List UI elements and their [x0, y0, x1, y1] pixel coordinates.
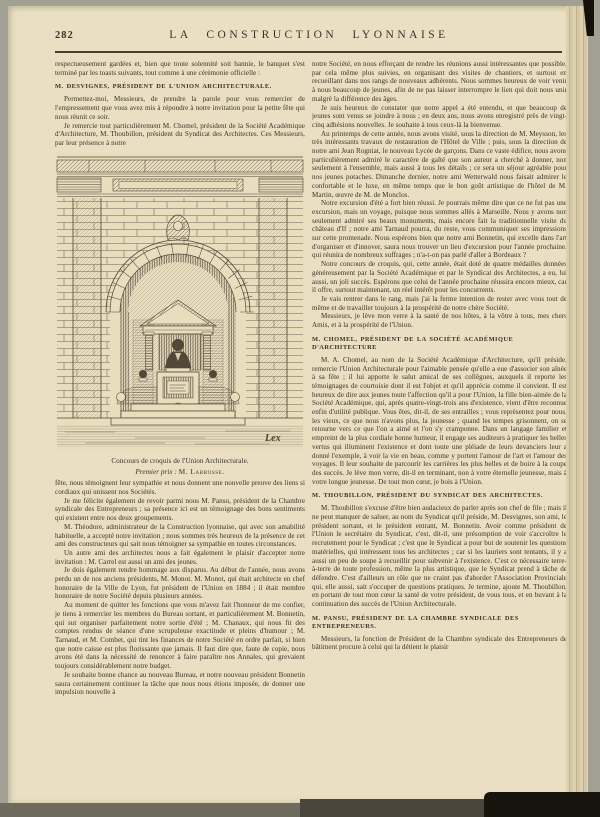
speech-heading-pansu: M. PANSU, PRÉSIDENT DE LA CHAMBRE SYNDIC… [312, 615, 567, 631]
arch-engraving-illustration: Lex [55, 152, 305, 450]
journal-title: LA CONSTRUCTION LYONNAISE [55, 29, 563, 41]
scanner-bed-shadow-mid [300, 799, 490, 817]
paragraph: M. Thoubillon s'excuse d'être bien audac… [312, 504, 567, 608]
prize-winner: M. Labrosse. [179, 468, 225, 476]
paragraph: Je remercie tout particulièrement M. Cho… [55, 122, 305, 148]
engraver-signature: Lex [264, 433, 281, 444]
left-column: respectueusement gardées et, bien que to… [55, 60, 305, 697]
speech-heading-chomel: M. CHOMEL, PRÉSIDENT DE LA SOCIÉTÉ ACADÉ… [312, 336, 567, 352]
paragraph: notre Société, en nous efforçant de rend… [312, 60, 567, 104]
paragraph: Je suis heureux de constater que notre a… [312, 104, 567, 130]
scanner-bed-shadow-dark [484, 792, 600, 817]
paragraph: Messieurs, je lève mon verre à la santé … [312, 312, 567, 329]
paragraph: Au printemps de cette année, nous avons … [312, 130, 567, 200]
paragraph: fête, nous témoignent leur sympathie et … [55, 479, 305, 496]
paragraph: Notre concours de croquis, qui, cette an… [312, 260, 567, 295]
paragraph: respectueusement gardées et, bien que to… [55, 60, 305, 77]
paragraph: Je dois également rendre hommage aux dis… [55, 566, 305, 601]
book-page-edges [566, 6, 587, 796]
paragraph: Au moment de quitter les fonctions que v… [55, 601, 305, 671]
header-rule [55, 51, 562, 53]
prize-label: Premier prix : [135, 468, 177, 476]
engraving-figure: Lex Concours de croquis de l'Union Archi… [55, 152, 305, 478]
page-sheet: 282 LA CONSTRUCTION LYONNAISE respectueu… [8, 6, 588, 803]
paragraph: Je vais rentrer dans le rang, mais j'ai … [312, 295, 567, 312]
figure-prize-line: Premier prix : M. Labrosse. [55, 468, 305, 477]
right-column: notre Société, en nous efforçant de rend… [312, 60, 567, 697]
figure-caption: Concours de croquis de l'Union Architect… [55, 457, 305, 466]
paragraph: M. Théodore, administrateur de la Constr… [55, 523, 305, 549]
paragraph: Permettez-moi, Messieurs, de prendre la … [55, 95, 305, 121]
scanned-journal-page: { "scan": { "page_number": "282", "journ… [0, 0, 600, 817]
paragraph: Je souhaite bonne chance au nouveau Bure… [55, 671, 305, 697]
paragraph: Un autre ami des architectes nous a fait… [55, 549, 305, 566]
paragraph: Messieurs, la fonction de Président de l… [312, 635, 567, 652]
paragraph: Notre excursion d'été a fort bien réussi… [312, 199, 567, 260]
speech-heading-desvignes: M. DESVIGNES, PRÉSIDENT DE L'UNION ARCHI… [55, 83, 305, 91]
paragraph: Je me félicite également de revoir parmi… [55, 497, 305, 523]
text-columns: respectueusement gardées et, bien que to… [55, 60, 567, 697]
speech-heading-thoubillon: M. THOUBILLON, PRÉSIDENT DU SYNDICAT DES… [312, 492, 567, 500]
paragraph: M. A. Chomel, au nom de la Société Acadé… [312, 356, 567, 487]
